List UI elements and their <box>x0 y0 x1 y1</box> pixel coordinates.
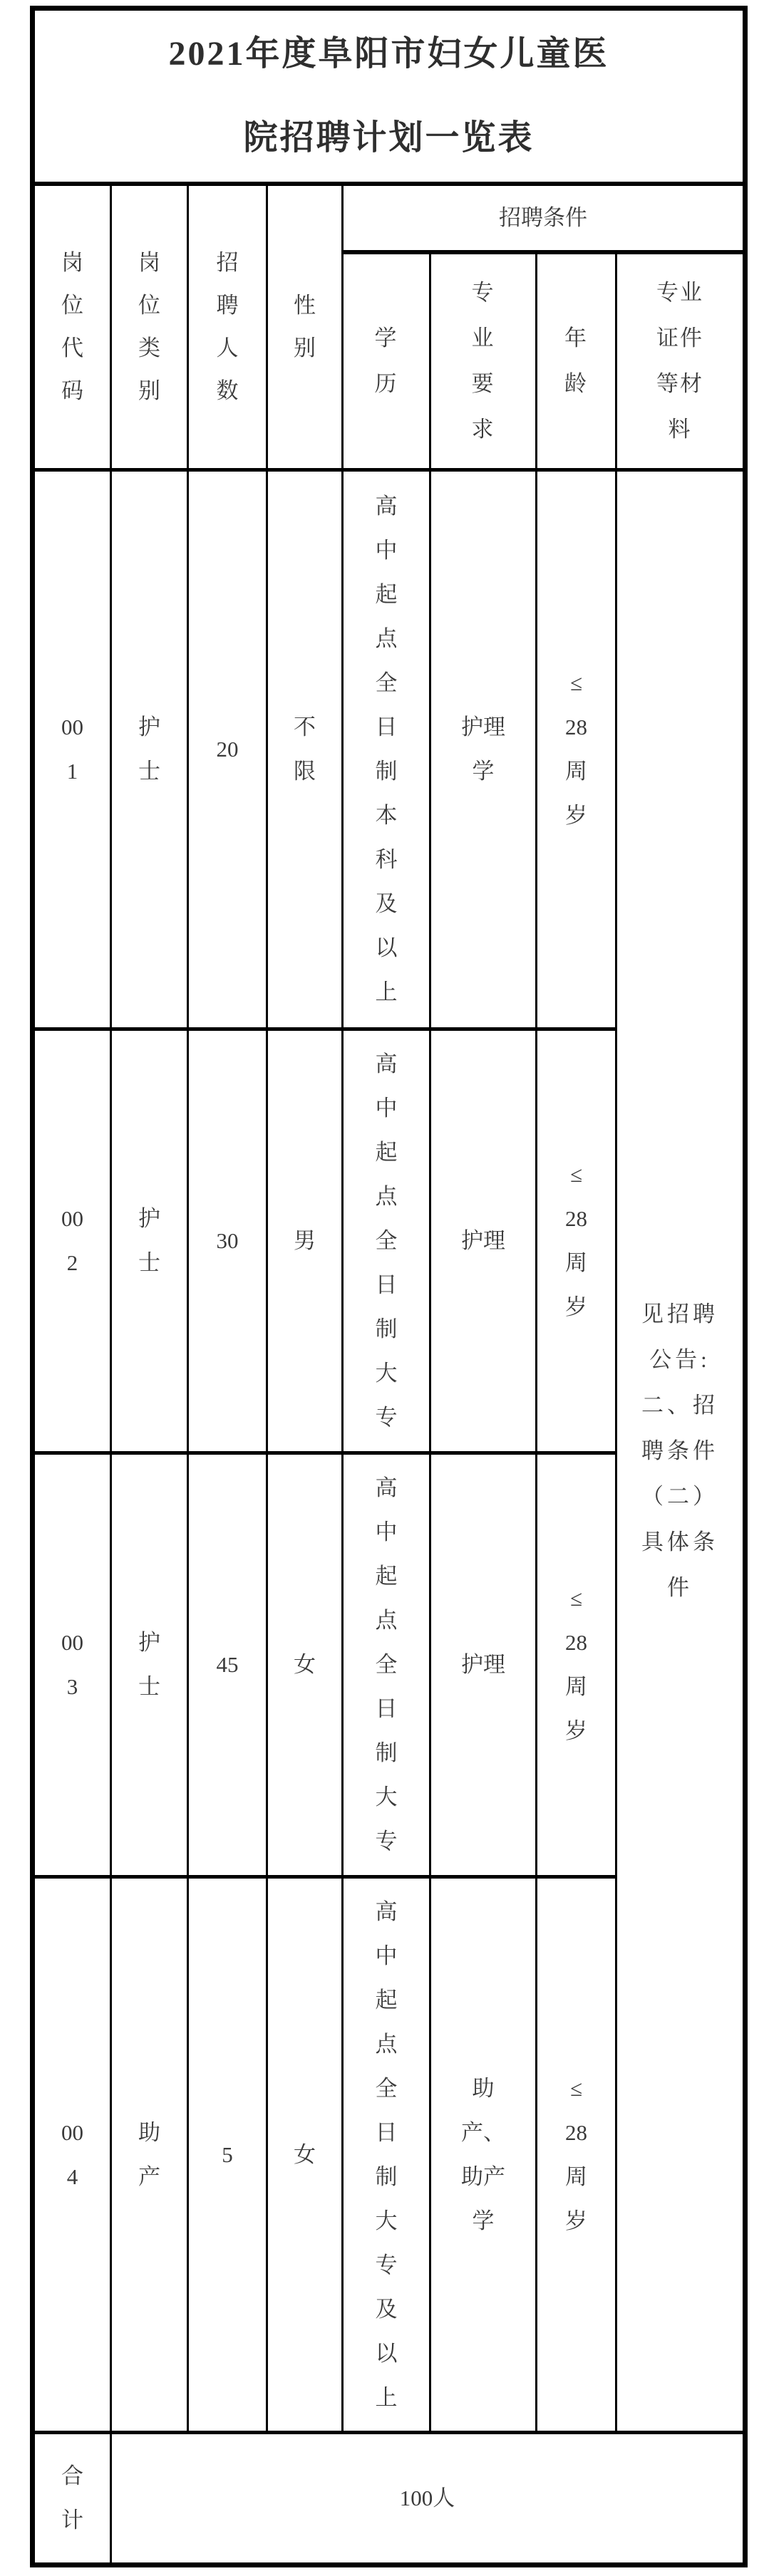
title-row: 2021年度阜阳市妇女儿童医 院招聘计划一览表 <box>33 9 745 185</box>
cell-education: 高 中 起 点 全 日 制 大 专 <box>343 1453 430 1877</box>
cell-gender: 女 <box>267 1453 343 1877</box>
cell-category: 护 士 <box>111 1453 188 1877</box>
cell-code: 00 1 <box>33 470 111 1029</box>
header-col-code: 岗 位 代 码 <box>33 184 111 470</box>
cell-count: 45 <box>188 1453 267 1877</box>
cell-count: 30 <box>188 1029 267 1453</box>
cell-code: 00 3 <box>33 1453 111 1877</box>
cell-count: 5 <box>188 1877 267 2433</box>
cell-code: 00 4 <box>33 1877 111 2433</box>
total-row: 合 计 100人 <box>33 2433 745 2565</box>
header-col-category: 岗 位 类 别 <box>111 184 188 470</box>
cell-materials-note: 见招聘 公告: 二、招 聘条件 （二） 具体条 件 <box>616 470 745 2433</box>
header-col-count: 招 聘 人 数 <box>188 184 267 470</box>
cell-major: 护理 <box>430 1453 537 1877</box>
cell-gender: 女 <box>267 1877 343 2433</box>
cell-category: 护 士 <box>111 470 188 1029</box>
header-col-gender: 性 别 <box>267 184 343 470</box>
recruitment-plan-table: 2021年度阜阳市妇女儿童医 院招聘计划一览表 岗 位 代 码 岗 位 类 别 … <box>30 6 748 2567</box>
cell-category: 护 士 <box>111 1029 188 1453</box>
header-row-main: 岗 位 代 码 岗 位 类 别 招 聘 人 数 性 别 招聘条件 <box>33 184 745 252</box>
cell-code: 00 2 <box>33 1029 111 1453</box>
page-title: 2021年度阜阳市妇女儿童医 院招聘计划一览表 <box>33 9 745 185</box>
cell-gender: 男 <box>267 1029 343 1453</box>
cell-education: 高 中 起 点 全 日 制 大 专 及 以 上 <box>343 1877 430 2433</box>
cell-count: 20 <box>188 470 267 1029</box>
header-col-age: 年 龄 <box>537 252 616 470</box>
cell-education: 高 中 起 点 全 日 制 大 专 <box>343 1029 430 1453</box>
cell-age: ≤ 28 周 岁 <box>537 1029 616 1453</box>
cell-major: 护理 学 <box>430 470 537 1029</box>
total-label: 合 计 <box>33 2433 111 2565</box>
cell-age: ≤ 28 周 岁 <box>537 470 616 1029</box>
table-row-001: 00 1 护 士 20 不 限 高 中 起 点 全 日 制 本 科 及 以 上 … <box>33 470 745 1029</box>
cell-category: 助 产 <box>111 1877 188 2433</box>
total-value: 100人 <box>111 2433 745 2565</box>
cell-gender: 不 限 <box>267 470 343 1029</box>
header-col-education: 学 历 <box>343 252 430 470</box>
cell-age: ≤ 28 周 岁 <box>537 1877 616 2433</box>
cell-education: 高 中 起 点 全 日 制 本 科 及 以 上 <box>343 470 430 1029</box>
cell-major: 助 产、 助产 学 <box>430 1877 537 2433</box>
header-group-conditions: 招聘条件 <box>343 184 745 252</box>
page: 2021年度阜阳市妇女儿童医 院招聘计划一览表 岗 位 代 码 岗 位 类 别 … <box>0 0 764 2576</box>
header-col-materials: 专业 证件 等材 料 <box>616 252 745 470</box>
cell-major: 护理 <box>430 1029 537 1453</box>
header-col-major: 专 业 要 求 <box>430 252 537 470</box>
cell-age: ≤ 28 周 岁 <box>537 1453 616 1877</box>
